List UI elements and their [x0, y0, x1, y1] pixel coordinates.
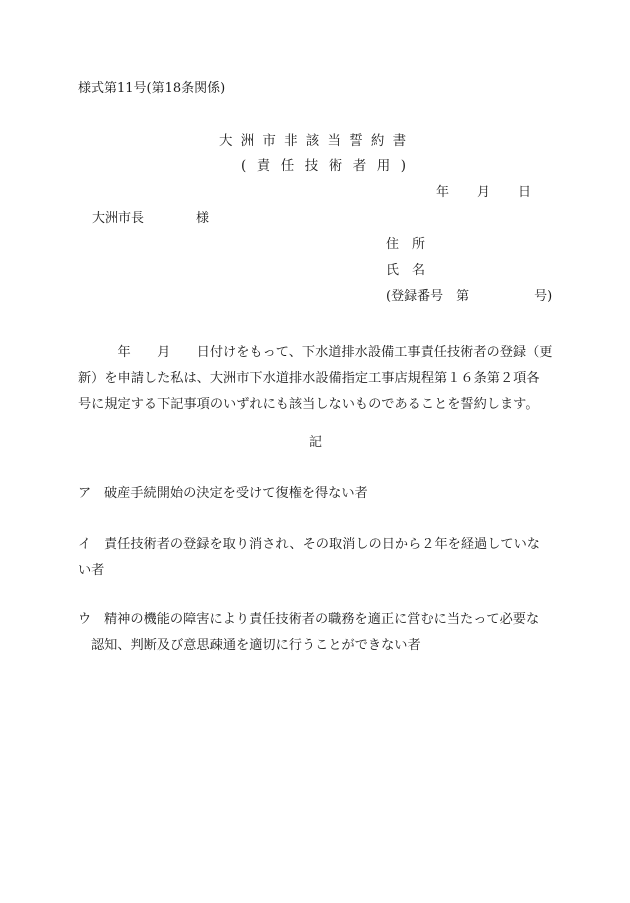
document-title: 大洲市非該当誓約書 [219, 135, 414, 149]
statement-line: 新）を申請した私は、大洲市下水道排水設備指定工事店規程第１６条第２項各 [78, 366, 558, 392]
statement-line: 号に規定する下記事項のいずれにも該当しないものであることを誓約します。 [78, 392, 558, 418]
item-text-continued: 認知、判断及び意思疎通を適切に行うことができない者 [78, 633, 539, 659]
item-label: ウ [78, 607, 104, 633]
date-day: 日 [518, 186, 531, 199]
date-year: 年 [436, 186, 449, 199]
date-month: 月 [477, 186, 490, 199]
list-item: ア破産手続開始の決定を受けて復権を得ない者 [78, 481, 368, 507]
list-item: ウ精神の機能の障害により責任技術者の職務を適正に営むに当たって必要な 認知、判断… [78, 607, 539, 659]
item-text-continued: い者 [78, 558, 540, 584]
list-item: イ責任技術者の登録を取り消され、その取消しの日から２年を経過していな い者 [78, 532, 540, 584]
name-label: 氏 名 [386, 264, 425, 277]
item-label: ア [78, 481, 104, 507]
addressee-honorific: 様 [196, 211, 209, 226]
item-text: 破産手続開始の決定を受けて復権を得ない者 [104, 486, 368, 501]
date-line: 年月日 [436, 186, 531, 199]
registration-number-label: (登録番号 第 号) [386, 290, 552, 303]
ki-heading: 記 [309, 436, 322, 449]
addressee: 大洲市長様 [92, 212, 209, 225]
addressee-name: 大洲市長 [92, 211, 144, 226]
address-label: 住 所 [386, 238, 425, 251]
document-subtitle: (責任技術者用) [241, 160, 417, 174]
item-text: 精神の機能の障害により責任技術者の職務を適正に営むに当たって必要な [104, 612, 539, 627]
item-label: イ [78, 532, 104, 558]
pledge-statement: 年 月 日付けをもって、下水道排水設備工事責任技術者の登録（更 新）を申請した私… [78, 340, 558, 418]
form-number: 様式第11号(第18条関係) [78, 82, 225, 95]
statement-line: 年 月 日付けをもって、下水道排水設備工事責任技術者の登録（更 [78, 340, 558, 366]
item-text: 責任技術者の登録を取り消され、その取消しの日から２年を経過していな [104, 537, 540, 552]
